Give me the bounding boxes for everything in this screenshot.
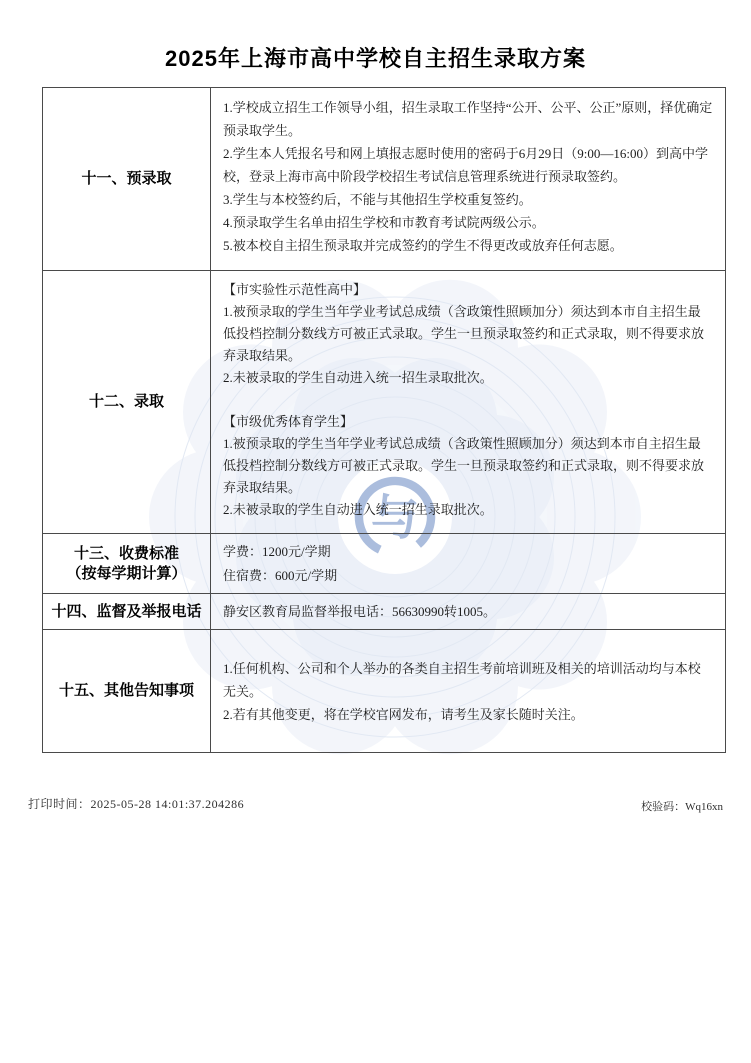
row-label-text: 十五、其他告知事项 <box>59 681 194 701</box>
row-13-content: 学费：1200元/学期 住宿费：600元/学期 <box>211 534 725 593</box>
row-label-text: 十一、预录取 <box>81 169 171 189</box>
row-12-label: 十二、录取 <box>43 271 211 533</box>
paragraph: 【市级优秀体育学生】 <box>223 411 713 433</box>
paragraph: 学费：1200元/学期 <box>223 540 713 564</box>
table-row-12: 十二、录取 【市实验性示范性高中】 1.被预录取的学生当年学业考试总成绩（含政策… <box>43 271 725 534</box>
paragraph: 1.学校成立招生工作领导小组，招生录取工作坚持“公开、公平、公正”原则，择优确定… <box>223 96 713 142</box>
paragraph: 5.被本校自主招生预录取并完成签约的学生不得更改或放弃任何志愿。 <box>223 234 713 257</box>
row-label-text: 十二、录取 <box>89 392 164 412</box>
paragraph: 【市实验性示范性高中】 <box>223 279 713 301</box>
row-label-text: 十四、监督及举报电话 <box>51 602 201 622</box>
footer-print-time: 打印时间：2025-05-28 14:01:37.204286 <box>28 795 244 812</box>
table-row-13: 十三、收费标准 （按每学期计算） 学费：1200元/学期 住宿费：600元/学期 <box>43 534 725 594</box>
row-13-label: 十三、收费标准 （按每学期计算） <box>43 534 211 593</box>
table-row-14: 十四、监督及举报电话 静安区教育局监督举报电话：56630990转1005。 <box>43 594 725 630</box>
paragraph: 1.被预录取的学生当年学业考试总成绩（含政策性照顾加分）须达到本市自主招生最低投… <box>223 433 713 499</box>
document-page: { "title": "2025年上海市高中学校自主招生录取方案", "wate… <box>0 0 751 1063</box>
row-15-label: 十五、其他告知事项 <box>43 630 211 752</box>
print-time-label: 打印时间： <box>28 797 91 811</box>
paragraph: 静安区教育局监督举报电话：56630990转1005。 <box>223 600 713 623</box>
paragraph: 2.未被录取的学生自动进入统一招生录取批次。 <box>223 499 713 521</box>
row-label-text-line2: （按每学期计算） <box>66 564 186 584</box>
paragraph: 2.若有其他变更，将在学校官网发布，请考生及家长随时关注。 <box>223 703 713 726</box>
paragraph: 2.未被录取的学生自动进入统一招生录取批次。 <box>223 367 713 389</box>
footer-checksum: 校验码：Wq16xn <box>641 798 723 814</box>
row-label-text: 十三、收费标准 <box>74 544 179 564</box>
row-11-content: 1.学校成立招生工作领导小组，招生录取工作坚持“公开、公平、公正”原则，择优确定… <box>211 88 725 270</box>
paragraph: 1.任何机构、公司和个人举办的各类自主招生考前培训班及相关的培训活动均与本校无关… <box>223 657 713 703</box>
doc-table: 十一、预录取 1.学校成立招生工作领导小组，招生录取工作坚持“公开、公平、公正”… <box>42 87 726 753</box>
row-12-content: 【市实验性示范性高中】 1.被预录取的学生当年学业考试总成绩（含政策性照顾加分）… <box>211 271 725 533</box>
page-title: 2025年上海市高中学校自主招生录取方案 <box>0 42 751 73</box>
row-14-label: 十四、监督及举报电话 <box>43 594 211 629</box>
print-time-value: 2025-05-28 14:01:37.204286 <box>91 797 245 811</box>
row-14-content: 静安区教育局监督举报电话：56630990转1005。 <box>211 594 725 629</box>
checksum-label: 校验码： <box>641 801 685 813</box>
paragraph: 2.学生本人凭报名号和网上填报志愿时使用的密码于6月29日（9:00—16:00… <box>223 142 713 188</box>
row-15-content: 1.任何机构、公司和个人举办的各类自主招生考前培训班及相关的培训活动均与本校无关… <box>211 630 725 752</box>
paragraph: 4.预录取学生名单由招生学校和市教育考试院两级公示。 <box>223 211 713 234</box>
paragraph-spacer <box>223 389 713 411</box>
row-11-label: 十一、预录取 <box>43 88 211 270</box>
checksum-value: Wq16xn <box>685 801 723 813</box>
paragraph: 3.学生与本校签约后，不能与其他招生学校重复签约。 <box>223 188 713 211</box>
table-row-15: 十五、其他告知事项 1.任何机构、公司和个人举办的各类自主招生考前培训班及相关的… <box>43 630 725 752</box>
table-row-11: 十一、预录取 1.学校成立招生工作领导小组，招生录取工作坚持“公开、公平、公正”… <box>43 88 725 271</box>
paragraph: 1.被预录取的学生当年学业考试总成绩（含政策性照顾加分）须达到本市自主招生最低投… <box>223 301 713 367</box>
paragraph: 住宿费：600元/学期 <box>223 564 713 588</box>
